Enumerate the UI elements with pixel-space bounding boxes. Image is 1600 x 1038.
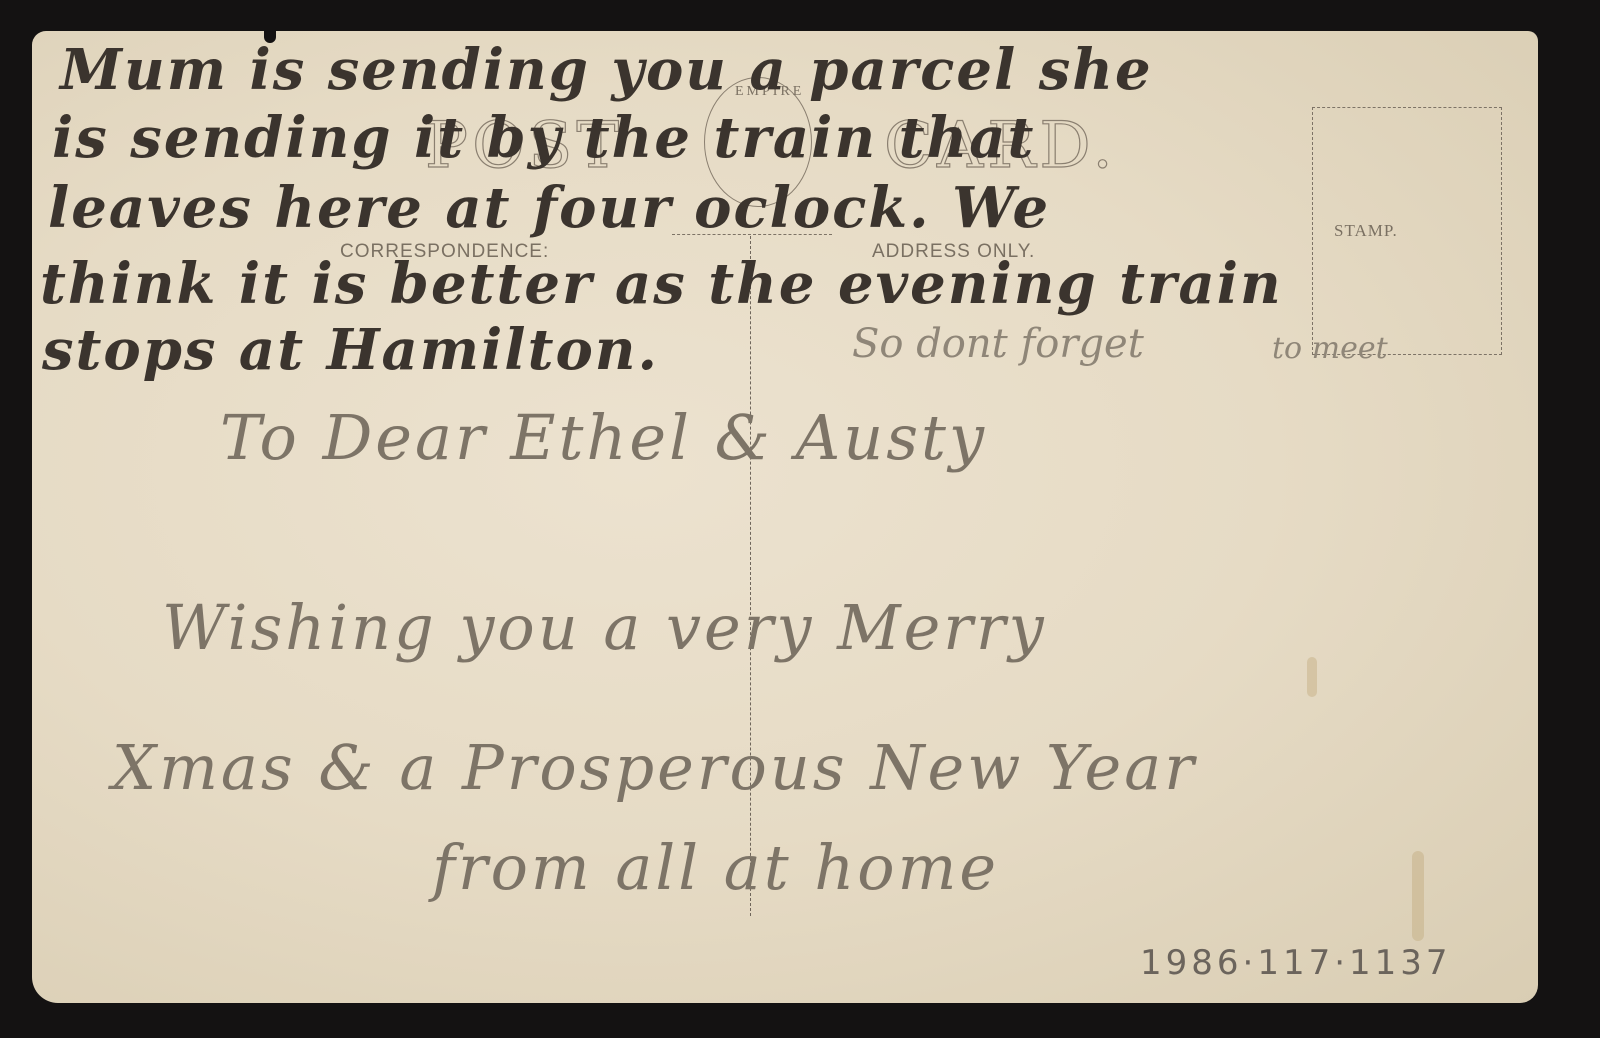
ink-stain (1307, 657, 1317, 697)
greeting-line: Wishing you a very Merry (162, 591, 1047, 664)
postscript-small: to meet (1272, 331, 1388, 366)
message-line: is sending it by the train that (52, 105, 1035, 171)
message-line: stops at Hamilton. (42, 317, 659, 383)
greeting-line: from all at home (432, 831, 999, 904)
greeting-line: Xmas & a Prosperous New Year (112, 731, 1197, 804)
postscript-line: So dont forget (852, 321, 1144, 367)
message-line: Mum is sending you a parcel she (60, 37, 1153, 103)
message-line: leaves here at four oclock. We (48, 175, 1050, 241)
accession-number: 1986·117·1137 (1140, 943, 1452, 983)
message-line: think it is better as the evening train (40, 251, 1283, 317)
printed-center-divider (750, 236, 751, 916)
greeting-line: To Dear Ethel & Austy (220, 401, 987, 474)
postcard-back: POST CARD. EMPIRE CORRESPONDENCE: ADDRES… (32, 31, 1538, 1003)
ink-stain (1412, 851, 1424, 941)
printed-label-stamp: STAMP. (1334, 221, 1398, 241)
